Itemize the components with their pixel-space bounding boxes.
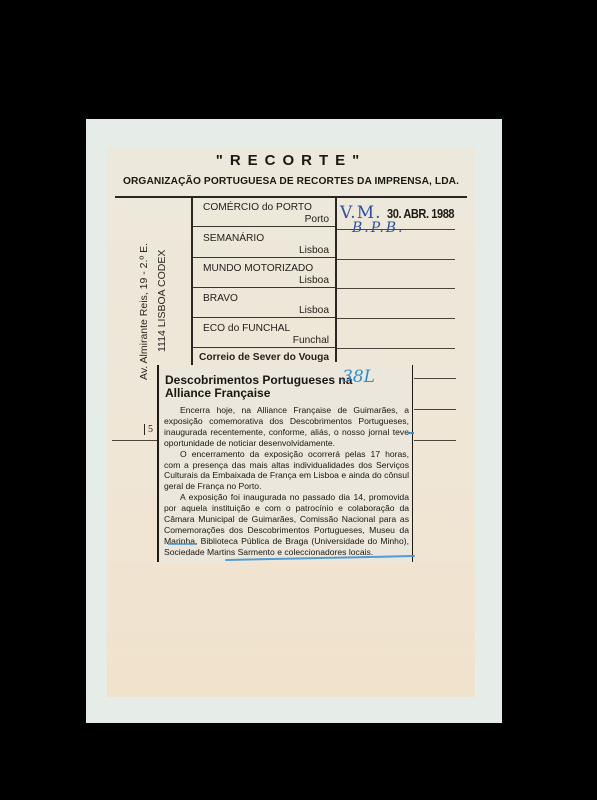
handwritten-note: 38L [342, 367, 375, 387]
ink-strike [168, 543, 196, 545]
publication-city: Lisboa [299, 245, 329, 256]
ink-mark [408, 432, 414, 434]
column-divider-mid [335, 197, 337, 362]
publication-name: MUNDO MOTORIZADO [203, 263, 313, 274]
publication-name: ECO do FUNCHAL [203, 323, 290, 334]
publication-city: Lisboa [299, 305, 329, 316]
clipping-headline: Descobrimentos Portugueses na Alliance F… [165, 374, 355, 400]
publication-row: COMÉRCIO do PORTO Porto [193, 197, 335, 227]
publication-row: BRAVO Lisboa [193, 288, 335, 318]
publication-city: Lisboa [299, 275, 329, 286]
handwritten-code: B.P.B. [352, 220, 405, 236]
clipping-paragraph: Encerra hoje, na Alliance Française de G… [164, 405, 409, 449]
publication-city: Porto [305, 214, 329, 225]
publication-name: Correio de Sever do Vouga [199, 352, 329, 363]
publication-name: SEMANÁRIO [203, 233, 264, 244]
address-line-2: 1114 LISBOA CODEX [156, 152, 176, 352]
entry-line [414, 378, 456, 379]
publication-city: Funchal [293, 335, 329, 346]
entry-line [337, 318, 455, 319]
publication-name: COMÉRCIO do PORTO [203, 202, 312, 213]
page-number: 5 [144, 424, 153, 435]
publication-row: SEMANÁRIO Lisboa [193, 228, 335, 258]
entry-line [414, 440, 456, 441]
publication-row: MUNDO MOTORIZADO Lisboa [193, 258, 335, 288]
newspaper-clipping: Descobrimentos Portugueses na Alliance F… [157, 365, 413, 562]
entry-line [337, 288, 455, 289]
publication-name: BRAVO [203, 293, 238, 304]
address-line-1: Av. Almirante Reis, 19 - 2.º E. [138, 180, 158, 380]
publication-row: ECO do FUNCHAL Funchal [193, 318, 335, 348]
clipping-body: Encerra hoje, na Alliance Française de G… [164, 405, 409, 558]
entry-line [337, 348, 455, 349]
date-stamp: 30. ABR. 1988 [387, 206, 454, 221]
left-rule [112, 440, 158, 441]
clipping-paragraph: A exposição foi inaugurada no passado di… [164, 492, 409, 557]
entry-line [414, 409, 456, 410]
clipping-paragraph: O encerramento da exposição ocorrerá pel… [164, 449, 409, 493]
entry-line [337, 259, 455, 260]
